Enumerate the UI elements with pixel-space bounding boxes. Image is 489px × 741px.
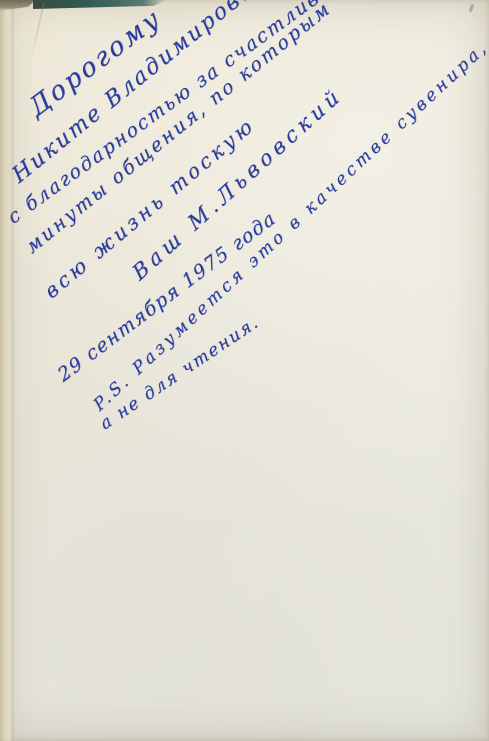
page-binding-edge: [0, 0, 14, 741]
book-flyleaf-page: Дорогому Никите Владимировичу с благодар…: [0, 0, 489, 741]
page-corner-chip: [0, 0, 35, 11]
paper-speck: [469, 4, 475, 13]
paper-crease: [29, 3, 45, 64]
inscription-postscript-line: P.S. Разумеется это в качестве сувенира,: [90, 37, 489, 416]
